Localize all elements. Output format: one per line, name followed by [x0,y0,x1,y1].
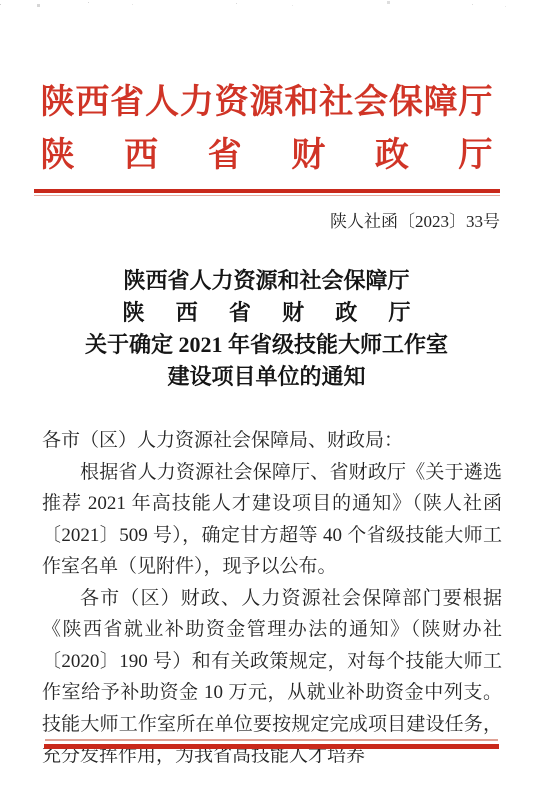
letterhead: 陕西省人力资源和社会保障厅 陕西省财政厅 [0,76,533,182]
scan-noise-artifacts [0,4,1,5]
scanned-notice-page: 陕西省人力资源和社会保障厅 陕西省财政厅 陕人社函〔2023〕33号 陕西省人力… [0,0,533,799]
page-footer-divider-thin-line [45,739,498,741]
notice-body: 各市（区）人力资源社会保障局、财政局： 根据省人力资源社会保障厅、省财政厅《关于… [42,425,502,772]
notice-title: 陕西省人力资源和社会保障厅 陕西省财政厅 关于确定 2021 年省级技能大师工作… [0,265,533,393]
notice-title-line1: 陕西省人力资源和社会保障厅 [0,265,533,297]
notice-title-line3: 关于确定 2021 年省级技能大师工作室 [0,329,533,361]
letterhead-divider [34,189,500,196]
letterhead-divider-thin-line [34,195,500,196]
letterhead-divider-thick-line [34,189,500,193]
notice-title-line2: 陕西省财政厅 [123,297,411,329]
page-footer-divider-thick-line [44,744,499,749]
document-reference-number: 陕人社函〔2023〕33号 [0,211,533,233]
body-paragraph-1: 根据省人力资源社会保障厅、省财政厅《关于遴选推荐 2021 年高技能人才建设项目… [42,457,502,583]
issuing-org-line1: 陕西省人力资源和社会保障厅 [41,76,493,129]
notice-title-line4: 建设项目单位的通知 [0,361,533,393]
salutation-line: 各市（区）人力资源社会保障局、财政局： [42,425,502,457]
issuing-org-line2: 陕西省财政厅 [41,129,493,182]
